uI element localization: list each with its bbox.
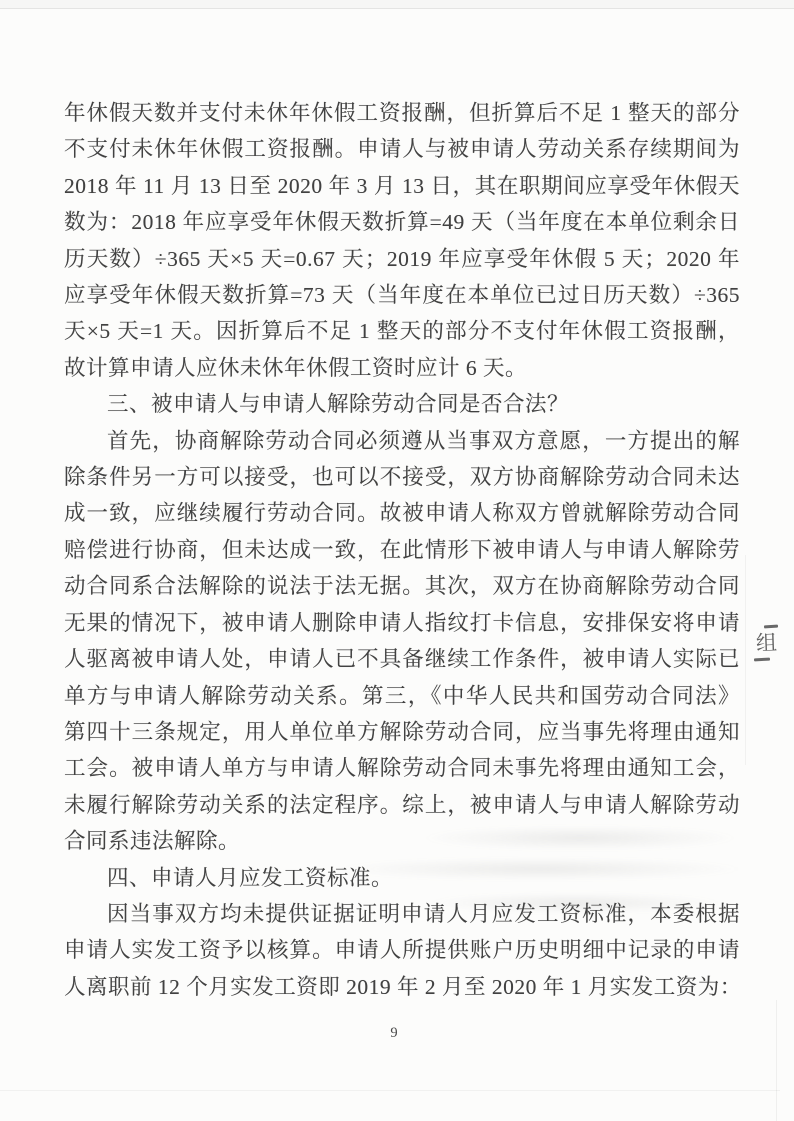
text-line: 2018 年 11 月 13 日至 2020 年 3 月 13 日，其在职期间应… xyxy=(64,168,740,204)
document-body: 年休假天数并支付未休年休假工资报酬，但折算后不足 1 整天的部分 不支付未休年休… xyxy=(64,95,740,1005)
scan-edge-top xyxy=(0,0,794,9)
text-line: 因当事双方均未提供证据证明申请人月应发工资标准，本委根据 xyxy=(64,896,740,932)
scan-edge-bottom xyxy=(0,1090,780,1091)
text-line: 人离职前 12 个月实发工资即 2019 年 2 月至 2020 年 1 月实发… xyxy=(64,969,740,1005)
text-line: 成一致，应继续履行劳动合同。故被申请人称双方曾就解除劳动合同 xyxy=(64,495,740,531)
binding-mark-stroke xyxy=(754,658,770,661)
text-line: 首先，协商解除劳动合同必须遵从当事双方意愿，一方提出的解 xyxy=(64,423,740,459)
scan-edge-right-lower xyxy=(776,1000,777,1121)
section-heading-4: 四、申请人月应发工资标准。 xyxy=(64,860,740,896)
binding-mark-stroke xyxy=(764,625,778,628)
section-heading-3: 三、被申请人与申请人解除劳动合同是否合法？ xyxy=(64,386,740,422)
text-line: 工会。被申请人单方与申请人解除劳动合同未事先将理由通知工会， xyxy=(64,750,740,786)
text-line: 动合同系合法解除的说法于法无据。其次，双方在协商解除劳动合同 xyxy=(64,568,740,604)
text-line: 天×5 天=1 天。因折算后不足 1 整天的部分不支付年休假工资报酬， xyxy=(64,313,740,349)
text-line: 未履行解除劳动关系的法定程序。综上，被申请人与申请人解除劳动 xyxy=(64,787,740,823)
binding-mark-glyph: 组 xyxy=(756,630,778,657)
text-line: 数为：2018 年应享受年休假天数折算=49 天（当年度在本单位剩余日 xyxy=(64,204,740,240)
text-line: 申请人实发工资予以核算。申请人所提供账户历史明细中记录的申请 xyxy=(64,932,740,968)
scanned-document-page: 年休假天数并支付未休年休假工资报酬，但折算后不足 1 整天的部分 不支付未休年休… xyxy=(0,0,794,1121)
text-line: 赔偿进行协商，但未达成一致，在此情形下被申请人与申请人解除劳 xyxy=(64,532,740,568)
text-line: 无果的情况下，被申请人删除申请人指纹打卡信息，安排保安将申请 xyxy=(64,605,740,641)
text-line: 第四十三条规定，用人单位单方解除劳动合同，应当事先将理由通知 xyxy=(64,714,740,750)
text-line: 不支付未休年休假工资报酬。申请人与被申请人劳动关系存续期间为 xyxy=(64,131,740,167)
binding-mark: 组 xyxy=(755,624,781,684)
text-line: 除条件另一方可以接受，也可以不接受，双方协商解除劳动合同未达 xyxy=(64,459,740,495)
page-number: 9 xyxy=(64,1025,724,1042)
text-line: 年休假天数并支付未休年休假工资报酬，但折算后不足 1 整天的部分 xyxy=(64,95,740,131)
text-line: 合同系违法解除。 xyxy=(64,823,740,859)
text-line: 故计算申请人应休未休年休假工资时应计 6 天。 xyxy=(64,350,740,386)
text-line: 历天数）÷365 天×5 天=0.67 天；2019 年应享受年休假 5 天；2… xyxy=(64,241,740,277)
scan-edge-right-upper xyxy=(745,555,746,765)
text-line: 人驱离被申请人处，申请人已不具备继续工作条件，被申请人实际已 xyxy=(64,641,740,677)
text-line: 应享受年休假天数折算=73 天（当年度在本单位已过日历天数）÷365 xyxy=(64,277,740,313)
text-line: 单方与申请人解除劳动关系。第三，《中华人民共和国劳动合同法》 xyxy=(64,678,740,714)
